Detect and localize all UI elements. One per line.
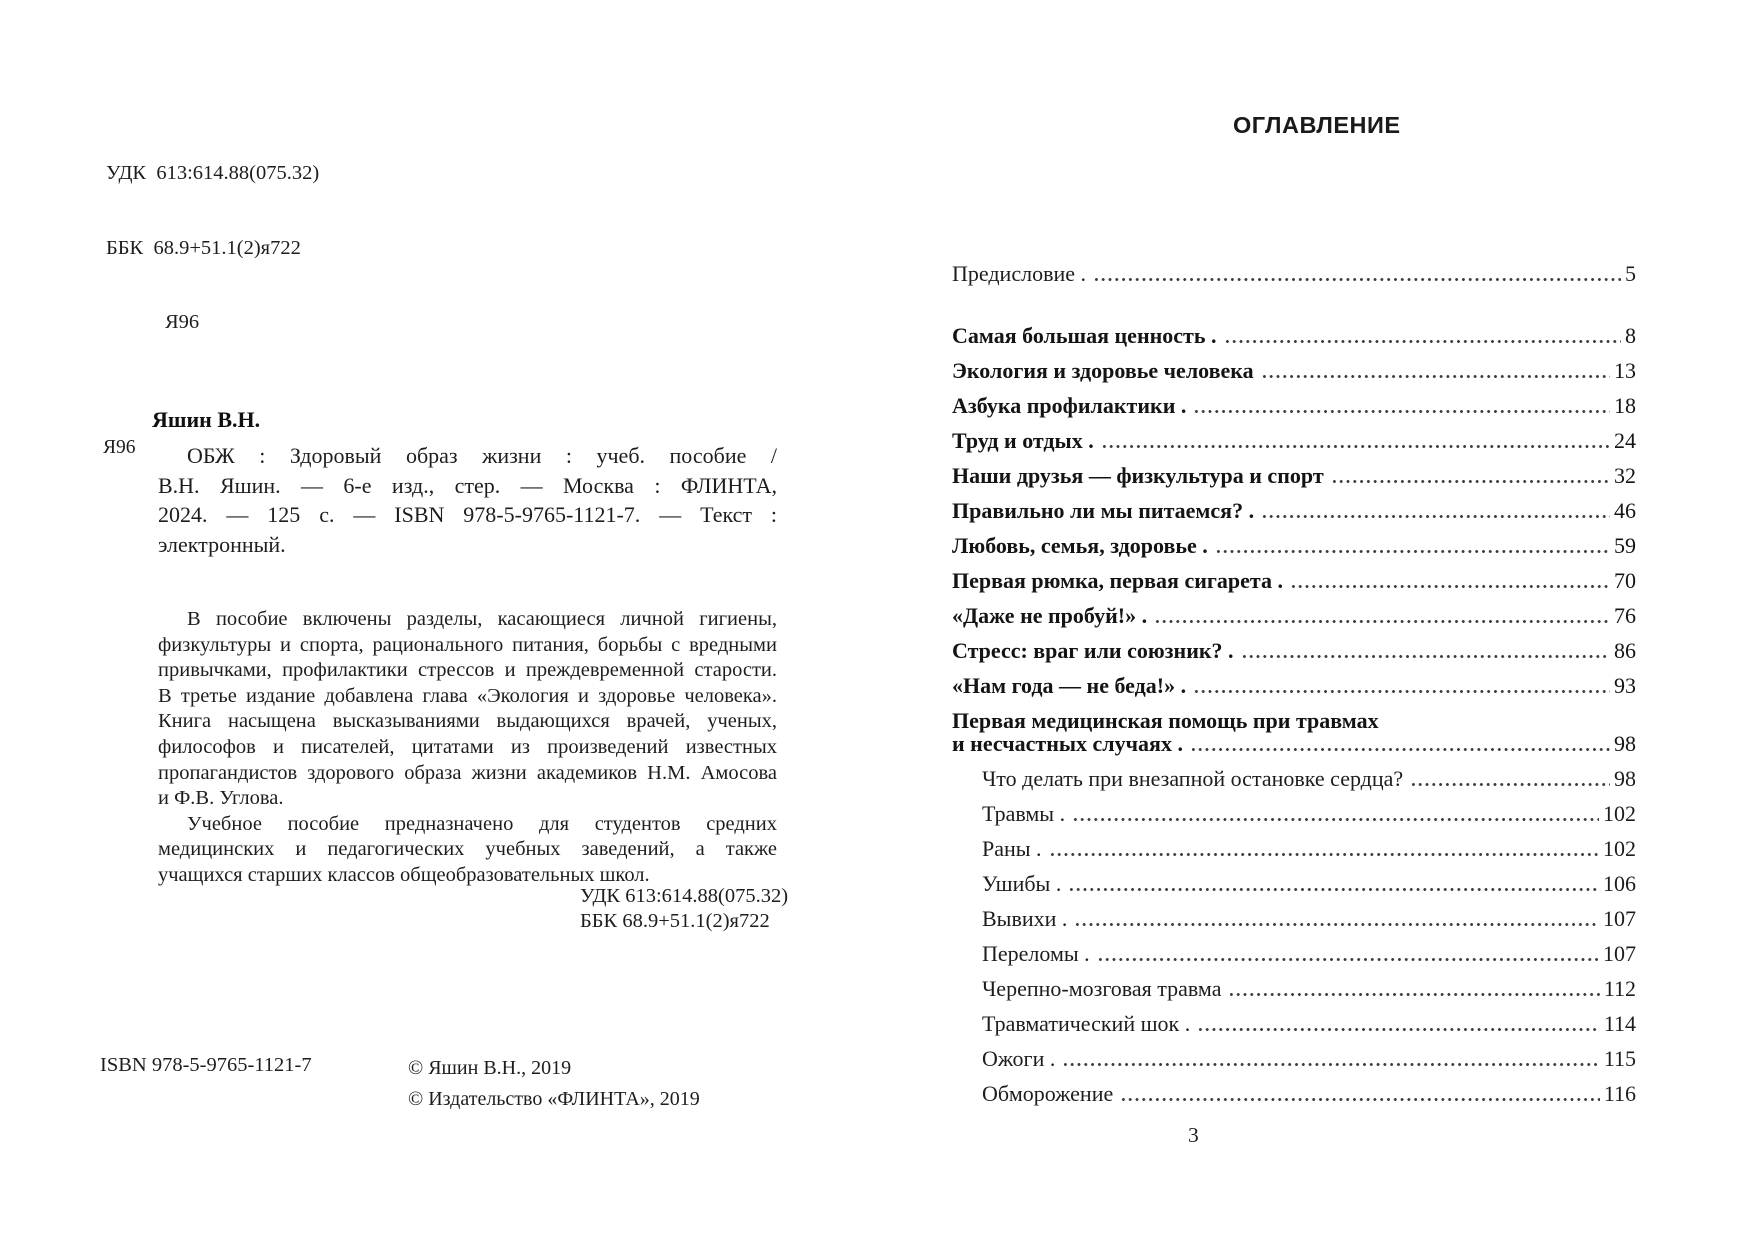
dot-leader — [1072, 807, 1599, 823]
toc-entry-label: Ожоги . — [982, 1047, 1055, 1071]
text-line: УДК 613:614.88(075.32) — [580, 884, 788, 909]
author-sign-code: Я96 — [106, 310, 319, 335]
toc-page-number: 46 — [1614, 499, 1636, 523]
toc-entry: Азбука профилактики .18 — [952, 394, 1636, 418]
dot-leader — [1062, 1052, 1599, 1068]
annotation-paragraph: В пособие включены разделы, касающиеся л… — [158, 607, 777, 812]
toc-entry-row: и несчастных случаях .98 — [952, 732, 1636, 756]
dot-leader — [1190, 737, 1610, 753]
toc-page-number: 13 — [1614, 359, 1636, 383]
toc-page-number: 24 — [1614, 429, 1636, 453]
toc-entry: Предисловие .5 — [952, 262, 1636, 286]
dot-leader — [1101, 434, 1610, 450]
page-number: 3 — [1188, 1124, 1199, 1146]
toc-page-number: 98 — [1614, 732, 1636, 756]
toc-entry-label: Любовь, семья, здоровье . — [952, 534, 1208, 558]
toc-entry: Переломы .107 — [982, 942, 1636, 966]
toc-entry-row: Любовь, семья, здоровье .59 — [952, 534, 1636, 558]
bbk-line: ББК 68.9+51.1(2)я722 — [106, 236, 319, 261]
toc-entry: Что делать при внезапной остановке сердц… — [982, 767, 1636, 791]
toc-entry: Самая большая ценность .8 — [952, 324, 1636, 348]
toc-entry: Ожоги .115 — [982, 1047, 1636, 1071]
toc-entry-label: Вывихи . — [982, 907, 1067, 931]
text-line: физкультуры и спорта, рационального пита… — [158, 633, 777, 659]
text-line: ОБЖ : Здоровый образ жизни : учеб. пособ… — [158, 441, 777, 471]
toc-page-number: 112 — [1604, 977, 1636, 1001]
dot-leader — [1154, 609, 1610, 625]
toc-entry-label: «Даже не пробуй!» . — [952, 604, 1147, 628]
dot-leader — [1410, 772, 1610, 788]
toc-page-number: 59 — [1614, 534, 1636, 558]
toc-entry-row: Обморожение116 — [982, 1082, 1636, 1106]
annotation-block: В пособие включены разделы, касающиеся л… — [158, 607, 777, 889]
dot-leader — [1097, 947, 1599, 963]
toc-entry: Первая медицинская помощь при травмахи н… — [952, 709, 1636, 756]
dot-leader — [1093, 267, 1621, 283]
dot-leader — [1215, 539, 1610, 555]
dot-leader — [1120, 1087, 1600, 1103]
dot-leader — [1261, 504, 1610, 520]
text-line: Книга насыщена высказываниями выдающихся… — [158, 709, 777, 735]
margin-author-sign-code: Я96 — [103, 438, 136, 458]
author-heading: Яшин В.Н. — [152, 408, 260, 432]
toc-entry: Любовь, семья, здоровье .59 — [952, 534, 1636, 558]
udc-bbk-block-bottom: УДК 613:614.88(075.32)ББК 68.9+51.1(2)я7… — [580, 884, 788, 935]
toc-entry-row: Азбука профилактики .18 — [952, 394, 1636, 418]
toc-entry: Наши друзья — физкультура и спорт32 — [952, 464, 1636, 488]
toc-entry-row: Наши друзья — физкультура и спорт32 — [952, 464, 1636, 488]
dot-leader — [1068, 877, 1599, 893]
toc-entry-row: Раны .102 — [982, 837, 1636, 861]
text-line: электронный. — [158, 530, 777, 560]
toc-page-number: 32 — [1614, 464, 1636, 488]
text-line: Учебное пособие предназначено для студен… — [158, 812, 777, 838]
dot-leader — [1241, 644, 1610, 660]
dot-leader — [1290, 574, 1610, 590]
annotation-paragraph: Учебное пособие предназначено для студен… — [158, 812, 777, 889]
toc-entry: Стресс: враг или союзник? .86 — [952, 639, 1636, 663]
toc-entry-row: Предисловие .5 — [952, 262, 1636, 286]
toc-entry: Труд и отдых .24 — [952, 429, 1636, 453]
toc-entry-label: Переломы . — [982, 942, 1090, 966]
bibliographic-description: ОБЖ : Здоровый образ жизни : учеб. пособ… — [158, 441, 777, 559]
toc-page-number: 18 — [1614, 394, 1636, 418]
toc-entry-row: Вывихи .107 — [982, 907, 1636, 931]
toc-entry: Правильно ли мы питаемся? .46 — [952, 499, 1636, 523]
toc-entry-label: и несчастных случаях . — [952, 732, 1183, 756]
toc-entry-row: Ожоги .115 — [982, 1047, 1636, 1071]
toc-entry-label: Самая большая ценность . — [952, 324, 1217, 348]
text-line: 2024. — 125 с. — ISBN 978-5-9765-1121-7.… — [158, 500, 777, 530]
toc-entry-label: Предисловие . — [952, 262, 1086, 286]
toc-entry-label: Ушибы . — [982, 872, 1061, 896]
toc-entry: Черепно-мозговая травма112 — [982, 977, 1636, 1001]
copyright-block: © Яшин В.Н., 2019© Издательство «ФЛИНТА»… — [408, 1053, 700, 1114]
toc-title: ОГЛАВЛЕНИЕ — [1233, 114, 1401, 136]
toc-entry: Вывихи .107 — [982, 907, 1636, 931]
toc-entry: Травмы .102 — [982, 802, 1636, 826]
toc-entry-label: Первая медицинская помощь при травмах — [952, 709, 1636, 732]
toc-entry-label: Травматический шок . — [982, 1012, 1190, 1036]
toc-entry-row: Переломы .107 — [982, 942, 1636, 966]
toc-page-number: 76 — [1614, 604, 1636, 628]
toc-entry: Экология и здоровье человека13 — [952, 359, 1636, 383]
text-line: © Яшин В.Н., 2019 — [408, 1053, 700, 1084]
toc-entry: Первая рюмка, первая сигарета .70 — [952, 569, 1636, 593]
toc-entry-row: Труд и отдых .24 — [952, 429, 1636, 453]
toc-entry-row: «Нам года — не беда!» .93 — [952, 674, 1636, 698]
udc-bbk-block-top: УДК 613:614.88(075.32) ББК 68.9+51.1(2)я… — [106, 112, 319, 359]
toc-entry-row: Травматический шок .114 — [982, 1012, 1636, 1036]
toc-entry: Обморожение116 — [982, 1082, 1636, 1106]
table-of-contents: Предисловие .5Самая большая ценность .8Э… — [952, 262, 1636, 1117]
text-line: философов и писателей, цитатами из произ… — [158, 735, 777, 761]
toc-entry-label: Наши друзья — физкультура и спорт — [952, 464, 1324, 488]
toc-page-number: 5 — [1625, 262, 1636, 286]
toc-page-number: 115 — [1604, 1047, 1636, 1071]
toc-entry-row: Экология и здоровье человека13 — [952, 359, 1636, 383]
dot-leader — [1261, 364, 1610, 380]
text-line: привычками, профилактики стрессов и преж… — [158, 658, 777, 684]
dot-leader — [1193, 399, 1610, 415]
toc-entry-label: Что делать при внезапной остановке сердц… — [982, 767, 1403, 791]
text-line: пропагандистов здорового образа жизни ак… — [158, 761, 777, 787]
toc-entry-row: Травмы .102 — [982, 802, 1636, 826]
dot-leader — [1224, 329, 1622, 345]
toc-entry-label: Черепно-мозговая травма — [982, 977, 1221, 1001]
toc-entry-row: Первая рюмка, первая сигарета .70 — [952, 569, 1636, 593]
book-spread: { "left_page": { "udc_top": { "udc": "УД… — [0, 0, 1749, 1241]
toc-page-number: 93 — [1614, 674, 1636, 698]
toc-page-number: 8 — [1625, 324, 1636, 348]
toc-entry-label: Экология и здоровье человека — [952, 359, 1254, 383]
toc-entry-label: Стресс: враг или союзник? . — [952, 639, 1234, 663]
text-line: В третье издание добавлена глава «Эколог… — [158, 684, 777, 710]
dot-leader — [1197, 1017, 1600, 1033]
isbn-line: ISBN 978-5-9765-1121-7 — [100, 1053, 312, 1077]
text-line: и Ф.В. Углова. — [158, 786, 777, 812]
dot-leader — [1331, 469, 1610, 485]
text-line: медицинских и педагогических учебных зав… — [158, 837, 777, 863]
text-line: В.Н. Яшин. — 6-е изд., стер. — Москва : … — [158, 471, 777, 501]
toc-entry-row: Что делать при внезапной остановке сердц… — [982, 767, 1636, 791]
toc-entry-row: Правильно ли мы питаемся? .46 — [952, 499, 1636, 523]
toc-entry: «Даже не пробуй!» .76 — [952, 604, 1636, 628]
toc-entry-row: Стресс: враг или союзник? .86 — [952, 639, 1636, 663]
toc-entry-row: Самая большая ценность .8 — [952, 324, 1636, 348]
toc-page-number: 70 — [1614, 569, 1636, 593]
toc-entry-label: Азбука профилактики . — [952, 394, 1186, 418]
toc-entry-label: Труд и отдых . — [952, 429, 1094, 453]
text-line: © Издательство «ФЛИНТА», 2019 — [408, 1084, 700, 1115]
toc-entry-label: «Нам года — не беда!» . — [952, 674, 1186, 698]
dot-leader — [1228, 982, 1599, 998]
toc-entry: Травматический шок .114 — [982, 1012, 1636, 1036]
toc-entry-row: «Даже не пробуй!» .76 — [952, 604, 1636, 628]
toc-page-number: 114 — [1604, 1012, 1636, 1036]
toc-page-number: 107 — [1603, 942, 1636, 966]
toc-page-number: 106 — [1603, 872, 1636, 896]
toc-entry-row: Черепно-мозговая травма112 — [982, 977, 1636, 1001]
toc-page-number: 102 — [1603, 837, 1636, 861]
text-line: ББК 68.9+51.1(2)я722 — [580, 909, 788, 934]
toc-page-number: 86 — [1614, 639, 1636, 663]
toc-entry-row: Ушибы .106 — [982, 872, 1636, 896]
toc-entry: «Нам года — не беда!» .93 — [952, 674, 1636, 698]
toc-entry: Ушибы .106 — [982, 872, 1636, 896]
toc-page-number: 116 — [1604, 1082, 1636, 1106]
dot-leader — [1193, 679, 1610, 695]
toc-page-number: 98 — [1614, 767, 1636, 791]
toc-entry-label: Травмы . — [982, 802, 1065, 826]
toc-page-number: 102 — [1603, 802, 1636, 826]
text-line: В пособие включены разделы, касающиеся л… — [158, 607, 777, 633]
dot-leader — [1049, 842, 1599, 858]
dot-leader — [1074, 912, 1599, 928]
toc-entry-label: Раны . — [982, 837, 1042, 861]
toc-entry: Раны .102 — [982, 837, 1636, 861]
toc-entry-label: Первая рюмка, первая сигарета . — [952, 569, 1283, 593]
toc-entry-label: Правильно ли мы питаемся? . — [952, 499, 1254, 523]
toc-entry-label: Обморожение — [982, 1082, 1113, 1106]
toc-page-number: 107 — [1603, 907, 1636, 931]
udc-line: УДК 613:614.88(075.32) — [106, 161, 319, 186]
